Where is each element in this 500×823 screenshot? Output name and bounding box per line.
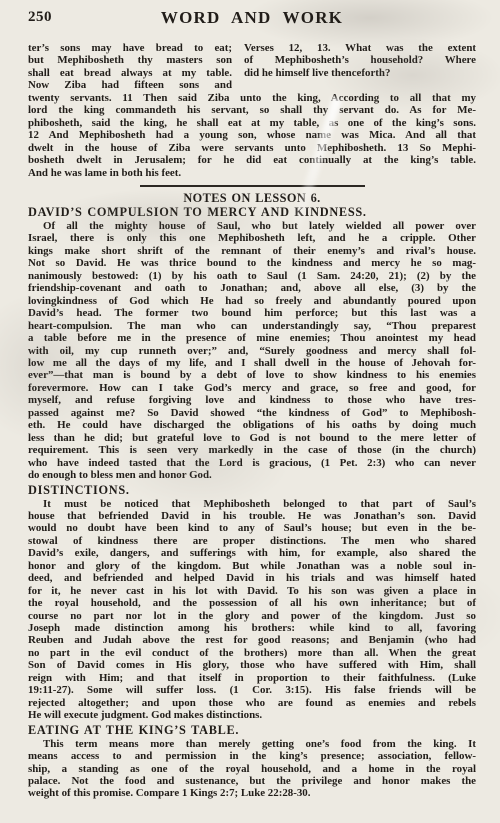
notes-heading: NOTES ON LESSON 6.: [28, 192, 476, 205]
page-header: 250 WORD AND WORK: [28, 8, 476, 30]
text-line: ship, a standing as one of the royal hou…: [28, 763, 476, 775]
text-line: did he himself live thenceforth?: [244, 67, 476, 79]
text-line: Reuben and Judah above the rest for good…: [28, 634, 476, 646]
text-line: requirement. This is seen very markedly …: [28, 444, 476, 456]
text-line: Joseph made distinction among his brothe…: [28, 622, 476, 634]
text-line: This term means more than merely getting…: [28, 738, 476, 750]
text-line: ter’s sons may have bread to eat;: [28, 42, 232, 54]
section-paragraph: This term means more than merely getting…: [28, 738, 476, 800]
text-line: of Mephibosheth’s household? Where: [244, 54, 476, 66]
text-line: lord the king commandeth his servant, so…: [28, 104, 476, 116]
section-paragraph: It must be noticed that Mephibosheth bel…: [28, 498, 476, 722]
text-line: forevermore. How can I take God’s mercy …: [28, 382, 476, 394]
text-line: Now Ziba had fifteen sons and: [28, 79, 232, 91]
scripture-continuation: twenty servants. 11 Then said Ziba unto …: [28, 92, 476, 179]
text-line: kings make short shrift of the remnant o…: [28, 245, 476, 257]
text-line: nanimously bestowed: (1) by his oath to …: [28, 270, 476, 282]
scanned-page: 250 WORD AND WORK ter’s sons may have br…: [0, 0, 500, 823]
text-line: dwelt in the house of Ziba were servants…: [28, 142, 476, 154]
text-line: twenty servants. 11 Then said Ziba unto …: [28, 92, 476, 104]
section-paragraph: Of all the mighty house of Saul, who but…: [28, 220, 476, 482]
text-line: phibosheth, said the king, he shall eat …: [28, 117, 476, 129]
text-line: David’s exile, dangers, and sufferings w…: [28, 547, 476, 559]
text-line: rejected altogether; and upon those who …: [28, 697, 476, 709]
text-line: low me all the days of my life, and I sh…: [28, 357, 476, 369]
scripture-left-column: ter’s sons may have bread to eat;but Mep…: [28, 42, 232, 92]
text-line: shall eat bread always at my table.: [28, 67, 232, 79]
text-line: for it, he never cast in his lot with Da…: [28, 585, 476, 597]
section-heading-distinctions: DISTINCTIONS.: [28, 484, 476, 497]
text-line: eth. He could have discharged the obliga…: [28, 419, 476, 431]
section-heading-eating-at-kings-table: EATING AT THE KING’S TABLE.: [28, 724, 476, 737]
text-line: but Mephibosheth thy masters son: [28, 54, 232, 66]
text-line: stowal of kindness there are proper dist…: [28, 535, 476, 547]
text-line: with oil, my cup runneth over;” and, “Su…: [28, 345, 476, 357]
section-divider: [140, 185, 365, 187]
lesson-questions-column: Verses 12, 13. What was the extentof Mep…: [244, 42, 476, 92]
text-line: bosheth dwelt in Jerusalem; for he did e…: [28, 154, 476, 166]
scripture-columns: ter’s sons may have bread to eat;but Mep…: [28, 42, 476, 92]
text-line: Verses 12, 13. What was the extent: [244, 42, 476, 54]
journal-title: WORD AND WORK: [28, 8, 476, 28]
text-line: David’s head. The former two bound him p…: [28, 307, 476, 319]
text-line: ever”—that man is bound by a debt of lov…: [28, 369, 476, 381]
text-line: do enough to bless men and honor God.: [28, 469, 476, 481]
text-line: 19:11-27). Some will suffer loss. (1 Cor…: [28, 684, 476, 696]
text-line: means access to and permission in the ki…: [28, 750, 476, 762]
text-line: reign with Him; and that itself in propo…: [28, 672, 476, 684]
text-line: would no doubt have been kind to any of …: [28, 522, 476, 534]
section-heading-davids-compulsion: DAVID’S COMPULSION TO MERCY AND KINDNESS…: [28, 206, 476, 219]
text-line: myself, and refuse forgiving love and ki…: [28, 394, 476, 406]
text-line: friendship-covenant and oath to Jonathan…: [28, 282, 476, 294]
text-line: deed, and befriended and helped David in…: [28, 572, 476, 584]
text-line: heart-compulsion. The man who can unders…: [28, 320, 476, 332]
text-line: who have indeed tasted that the Lord is …: [28, 457, 476, 469]
text-line: house that befriended David in his troub…: [28, 510, 476, 522]
text-line: course no part nor lot in the glory and …: [28, 610, 476, 622]
text-line: It must be noticed that Mephibosheth bel…: [28, 498, 476, 510]
text-line: palace. Not the food and sustenance, but…: [28, 775, 476, 787]
text-line: He will execute judgment. God makes dist…: [28, 709, 476, 721]
text-line: Israel, there is only this one Mephibosh…: [28, 232, 476, 244]
text-line: less than he did; but grateful love to G…: [28, 432, 476, 444]
text-line: And he was lame in both his feet.: [28, 167, 476, 179]
text-line: Son of David comes in His glory, those w…: [28, 659, 476, 671]
text-line: weight of this promise. Compare 1 Kings …: [28, 787, 476, 799]
text-line: passed against me? So David showed “the …: [28, 407, 476, 419]
page-number: 250: [28, 9, 52, 26]
text-line: the royal household, and the possession …: [28, 597, 476, 609]
text-line: Of all the mighty house of Saul, who but…: [28, 220, 476, 232]
text-line: honor and glory of the kingdom. But whil…: [28, 560, 476, 572]
text-line: a table before me in the presence of min…: [28, 332, 476, 344]
text-line: Not so David. He was thrice bound to the…: [28, 257, 476, 269]
text-line: 12 And Mephibosheth had a young son, who…: [28, 129, 476, 141]
text-line: lovingkindness of God which He had so fr…: [28, 295, 476, 307]
text-line: no part in the evil conduct of the broth…: [28, 647, 476, 659]
